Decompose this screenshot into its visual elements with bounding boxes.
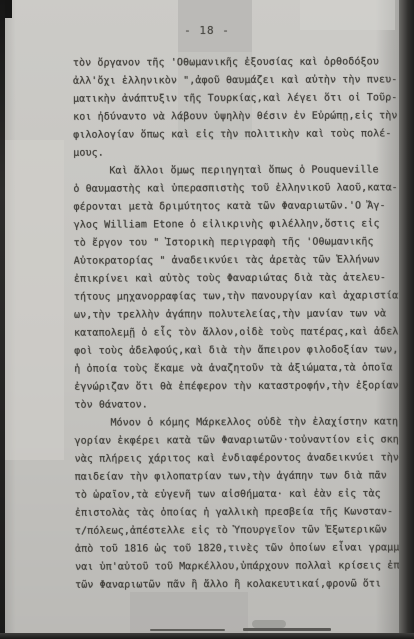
text-block: τὸν ὄργανον τῆς 'Οθωμανικῆς ἐξουσίας καὶ… bbox=[73, 53, 397, 594]
paragraph: Μόνον ὁ κόμης Μάρκελλος οὐδὲ τὴν ἐλαχίστ… bbox=[74, 413, 397, 594]
text-line: φιλολογίαν ὅπως καὶ εἰς τὴν πολιτικὴν κα… bbox=[73, 125, 395, 144]
text-line: φέρονται μετὰ δριμύτητος κατὰ τῶν Φαναρι… bbox=[73, 197, 395, 216]
text-line: ἐπικρίνει καὶ αὐτὸς τοὺς Φαναριώτας διὰ … bbox=[74, 269, 396, 288]
text-line: ματικὴν ἀνάπτυξιν τῆς Τουρκίας,καὶ λέγει… bbox=[73, 89, 395, 108]
text-line: παιδείαν τὴν φιλοπατρίαν των,τὴν ἀγάπην … bbox=[75, 467, 397, 486]
page-number: - 18 - bbox=[0, 24, 414, 37]
text-line: ἐγνώριζαν ὅτι θὰ ἐπέφερον τὴν καταστροφή… bbox=[74, 377, 396, 396]
text-line: τὸν θάνατον. bbox=[74, 395, 396, 414]
text-line: γορίαν ἐκφέρει κατὰ τῶν Φαναριωτῶν·τοὐνα… bbox=[74, 431, 396, 450]
scan-exposure-band-bottom bbox=[130, 592, 248, 633]
text-line: ων,τὴν τρελλὴν ἀγάπην πολυτελείας,τὴν μα… bbox=[74, 305, 396, 324]
text-line: τὸ ἔργον του " Ἱστορικὴ περιγραφὴ τῆς 'Ο… bbox=[74, 233, 396, 252]
scan-edge-bottom bbox=[0, 633, 414, 639]
text-line: τῶν Φαναριωτῶν πᾶν ἢ ἄλλο ἢ κολακευτικαί… bbox=[75, 575, 397, 594]
text-line: μους. bbox=[73, 143, 395, 162]
text-line: τὸ ὡραῖον,τὰ εὐγενῆ των αἰσθήματα· καὶ ἐ… bbox=[75, 485, 397, 504]
text-line: τὸν ὄργανον τῆς 'Οθωμανικῆς ἐξουσίας καὶ… bbox=[73, 53, 395, 72]
paragraph: τὸν ὄργανον τῆς 'Οθωμανικῆς ἐξουσίας καὶ… bbox=[73, 53, 395, 162]
text-line: ναι ὑπ'αὐτοῦ τοῦ Μαρκέλλου,ὑπάρχουν πολλ… bbox=[75, 557, 397, 576]
text-line: ὁ θαυμαστὴς καὶ ὑπερασπιστὴς τοῦ ἑλληνικ… bbox=[73, 179, 395, 198]
text-line: ἀλλ'ὄχι ἑλληνικὸν ",ἀφοῦ θαυμάζει καὶ αὐ… bbox=[73, 71, 395, 90]
text-line: ἡ ὁποία τοὺς ἔκαμε νὰ ἀναζητοῦν τὰ ἀξιώμ… bbox=[74, 359, 396, 378]
text-line: γλος William Etone ὁ εἰλικρινὴς φιλέλλην… bbox=[74, 215, 396, 234]
text-line: φοὶ τοὺς ἀδελφούς,καὶ διὰ τὴν ἄπειρον φι… bbox=[74, 341, 396, 360]
text-line: Αὐτοκρατορίας " ἀναδεικνύει τὰς ἀρετὰς τ… bbox=[74, 251, 396, 270]
paragraph: Καὶ ἄλλοι ὅμως περιηγηταὶ ὅπως ὁ Pouquev… bbox=[73, 161, 396, 414]
text-line: Καὶ ἄλλοι ὅμως περιηγηταὶ ὅπως ὁ Pouquev… bbox=[73, 161, 395, 180]
text-line: ἐπιστολὰς τὰς ὁποίας ἡ γαλλικὴ πρεσβεία … bbox=[75, 503, 397, 522]
text-line: καταπολεμῇ ὁ εἷς τὸν ἄλλον,οἱδὲ τοὺς πατ… bbox=[74, 323, 396, 342]
text-line: ἀπὸ τοῦ 1816 ὡς τοῦ 1820,τινὲς τῶν ὁποίω… bbox=[75, 539, 397, 558]
text-line: τήτους μηχανορραφίας των,τὴν πανουργίαν … bbox=[74, 287, 396, 306]
scanned-document-page: - 18 - τὸν ὄργανον τῆς 'Οθωμανικῆς ἐξουσ… bbox=[0, 0, 414, 639]
scan-light-patch-left bbox=[4, 140, 64, 460]
text-line: κοι ἠδύναντο νὰ λάβουν ὑψηλὴν θέσιν ἐν Ε… bbox=[73, 107, 395, 126]
text-line: Μόνον ὁ κόμης Μάρκελλος οὐδὲ τὴν ἐλαχίστ… bbox=[74, 413, 396, 432]
text-line: τ/πόλεως,ἀπέστελλε εἰς τὸ Ὑπουργεῖον τῶν… bbox=[75, 521, 397, 540]
text-line: νὰς πλήρεις χάριτος καὶ ἐνδιαφέροντος ἀν… bbox=[75, 449, 397, 468]
